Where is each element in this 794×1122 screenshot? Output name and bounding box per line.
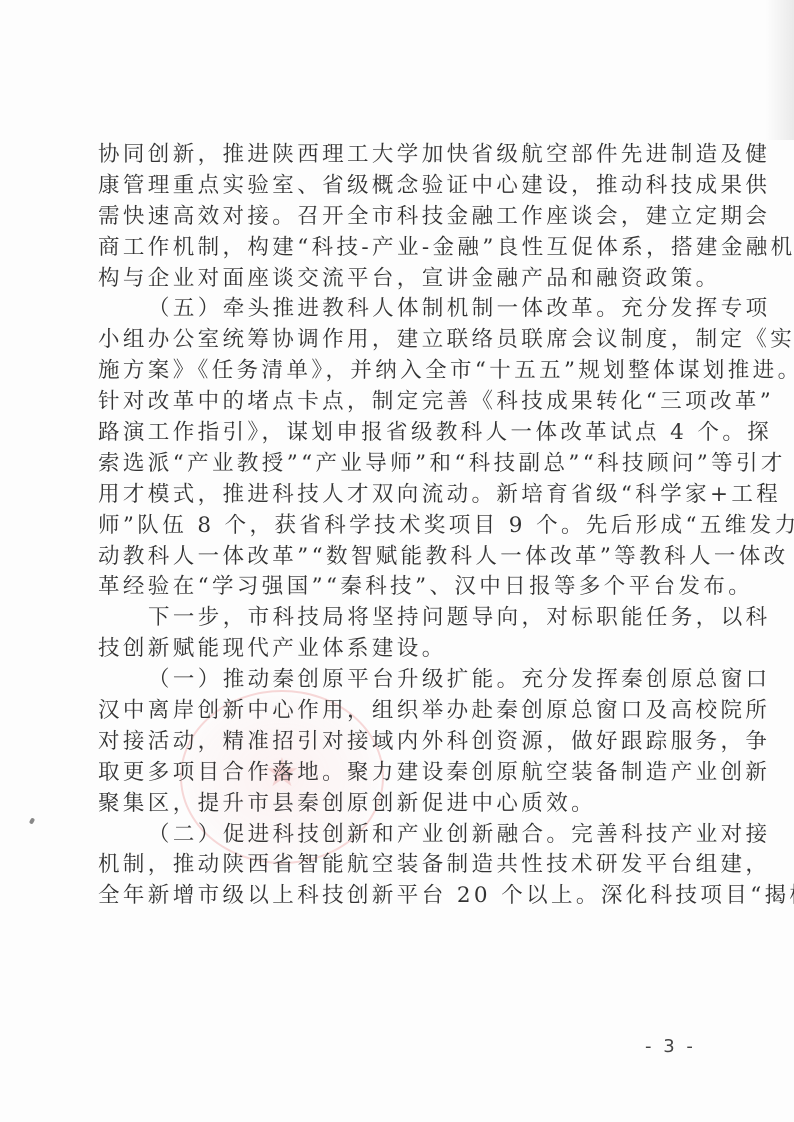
paragraph-start-line: 下一步，市科技局将坚持问题导向，对标职能任务，以科 — [98, 603, 678, 634]
text-line: 商工作机制，构建“科技-产业-金融”良性互促体系，搭建金融机 — [98, 233, 678, 264]
text-line: 小组办公室统筹协调作用，建立联络员联席会议制度，制定《实 — [98, 325, 678, 356]
text-line: 索选派“产业教授”“产业导师”和“科技副总”“科技顾问”等引才 — [98, 449, 678, 480]
text-line: 康管理重点实验室、省级概念验证中心建设，推动科技成果供 — [98, 171, 678, 202]
text-line: 革经验在“学习强国”“秦科技”、汉中日报等多个平台发布。 — [98, 572, 678, 603]
text-line: 协同创新，推进陕西理工大学加快省级航空部件先进制造及健 — [98, 140, 678, 171]
page-number: - 3 - — [645, 1036, 696, 1057]
text-line: 师”队伍 8 个，获省科学技术奖项目 9 个。先后形成“五维发力推 — [98, 511, 678, 542]
text-line: 施方案》《任务清单》，并纳入全市“十五五”规划整体谋划推进。 — [98, 356, 678, 387]
paragraph-start-line: （一）推动秦创原平台升级扩能。充分发挥秦创原总窗口 — [98, 665, 678, 696]
document-body: 协同创新，推进陕西理工大学加快省级航空部件先进制造及健康管理重点实验室、省级概念… — [98, 140, 678, 912]
text-line: 汉中离岸创新中心作用，组织举办赴秦创原总窗口及高校院所 — [98, 696, 678, 727]
text-line: 需快速高效对接。召开全市科技金融工作座谈会，建立定期会 — [98, 202, 678, 233]
paragraph-start-line: （二）促进科技创新和产业创新融合。完善科技产业对接 — [98, 820, 678, 851]
text-line: 聚集区，提升市县秦创原创新促进中心质效。 — [98, 789, 678, 820]
scan-edge-shadow — [766, 0, 794, 140]
scan-speck — [29, 817, 35, 824]
text-line: 路演工作指引》，谋划申报省级教科人一体改革试点 4 个。探 — [98, 418, 678, 449]
text-line: 针对改革中的堵点卡点，制定完善《科技成果转化“三项改革” — [98, 387, 678, 418]
text-line: 全年新增市级以上科技创新平台 20 个以上。深化科技项目“揭榜 — [98, 881, 678, 912]
paragraph-start-line: （五）牵头推进教科人体制机制一体改革。充分发挥专项 — [98, 294, 678, 325]
text-line: 构与企业对面座谈交流平台，宣讲金融产品和融资政策。 — [98, 264, 678, 295]
text-line: 对接活动，精准招引对接域内外科创资源，做好跟踪服务，争 — [98, 727, 678, 758]
text-line: 用才模式，推进科技人才双向流动。新培育省级“科学家+工程 — [98, 480, 678, 511]
document-page: ★ 协同创新，推进陕西理工大学加快省级航空部件先进制造及健康管理重点实验室、省级… — [0, 0, 794, 1122]
text-line: 取更多项目合作落地。聚力建设秦创原航空装备制造产业创新 — [98, 758, 678, 789]
text-line: 机制，推动陕西省智能航空装备制造共性技术研发平台组建， — [98, 850, 678, 881]
text-line: 技创新赋能现代产业体系建设。 — [98, 634, 678, 665]
text-line: 动教科人一体改革”“数智赋能教科人一体改革”等教科人一体改 — [98, 542, 678, 573]
